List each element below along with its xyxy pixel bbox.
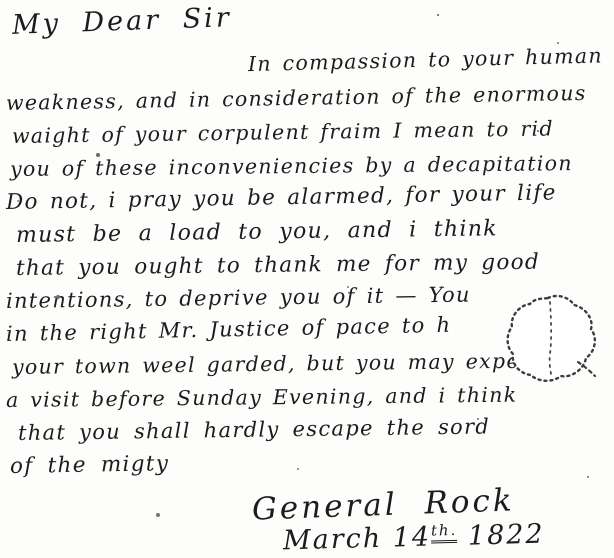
salutation-line: My Dear Sir — [12, 2, 233, 41]
date-year: 1822 — [457, 519, 545, 552]
letter-page: My Dear Sir In compassion to your human … — [0, 0, 614, 558]
date-ordinal-superscript: th. — [431, 521, 458, 544]
date-line: March 14th. 1822 — [283, 519, 545, 557]
ink-speck — [437, 14, 439, 16]
letter-body: In compassion to your human weakness, an… — [6, 54, 612, 483]
date-prefix: March 14 — [283, 522, 432, 557]
